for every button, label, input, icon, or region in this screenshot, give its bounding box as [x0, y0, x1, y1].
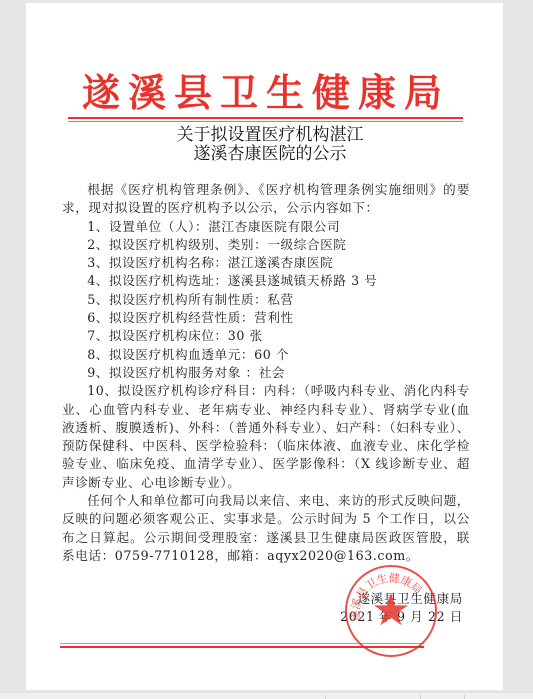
list-item: 5、拟设医疗机构所有制性质：私营 [62, 291, 470, 309]
list-item: 3、拟设医疗机构名称：湛江遂溪杏康医院 [62, 254, 470, 272]
letterhead-rule-thick [68, 117, 463, 119]
list-item: 1、设置单位（人）：湛江杏康医院有限公司 [62, 218, 470, 236]
title-line-1: 关于拟设置医疗机构湛江 [60, 126, 480, 145]
list-item: 6、拟设医疗机构经营性质：营利性 [62, 309, 470, 327]
status-divider [420, 695, 421, 699]
footer-rule-thin [60, 643, 424, 644]
intro-paragraph: 根据《医疗机构管理条例》、《医疗机构管理条例实施细则》的要求，现对拟设置的医疗机… [62, 181, 470, 218]
departments-paragraph: 10、拟设医疗机构诊疗科目：内科：（呼吸内科专业、消化内科专业、心血管内科专业、… [62, 382, 470, 492]
feedback-paragraph: 任何个人和单位都可向我局以来信、来电、来访的形式反映问题，反映的问题必须客观公正… [62, 492, 470, 565]
title-line-2: 遂溪杏康医院的公示 [60, 145, 480, 164]
letterhead-rule-thin [68, 121, 463, 122]
signature-org: 遂溪县卫生健康局 [357, 588, 463, 607]
list-item: 9、拟设医疗机构服务对象 ：社会 [62, 364, 470, 382]
list-item: 2、拟设医疗机构级别、类别：一级综合医院 [62, 236, 470, 254]
list-item: 4、拟设医疗机构选址：遂溪县遂城镇天桥路 3 号 [62, 272, 470, 290]
footer-rule-thick [60, 646, 424, 648]
document-body: 根据《医疗机构管理条例》、《医疗机构管理条例实施细则》的要求，现对拟设置的医疗机… [98, 181, 470, 565]
list-item: 7、拟设医疗机构床位：30 张 [62, 327, 470, 345]
status-divider [464, 695, 465, 699]
document-title: 关于拟设置医疗机构湛江 遂溪杏康医院的公示 [60, 126, 480, 164]
status-divider [325, 695, 326, 699]
list-item: 8、拟设医疗机构血透单元：60 个 [62, 346, 470, 364]
signature-date: 2021 年 9 月 22 日 [340, 606, 463, 625]
viewer-status-bar [0, 692, 533, 699]
letterhead-title: 遂溪县卫生健康局 [70, 73, 462, 113]
